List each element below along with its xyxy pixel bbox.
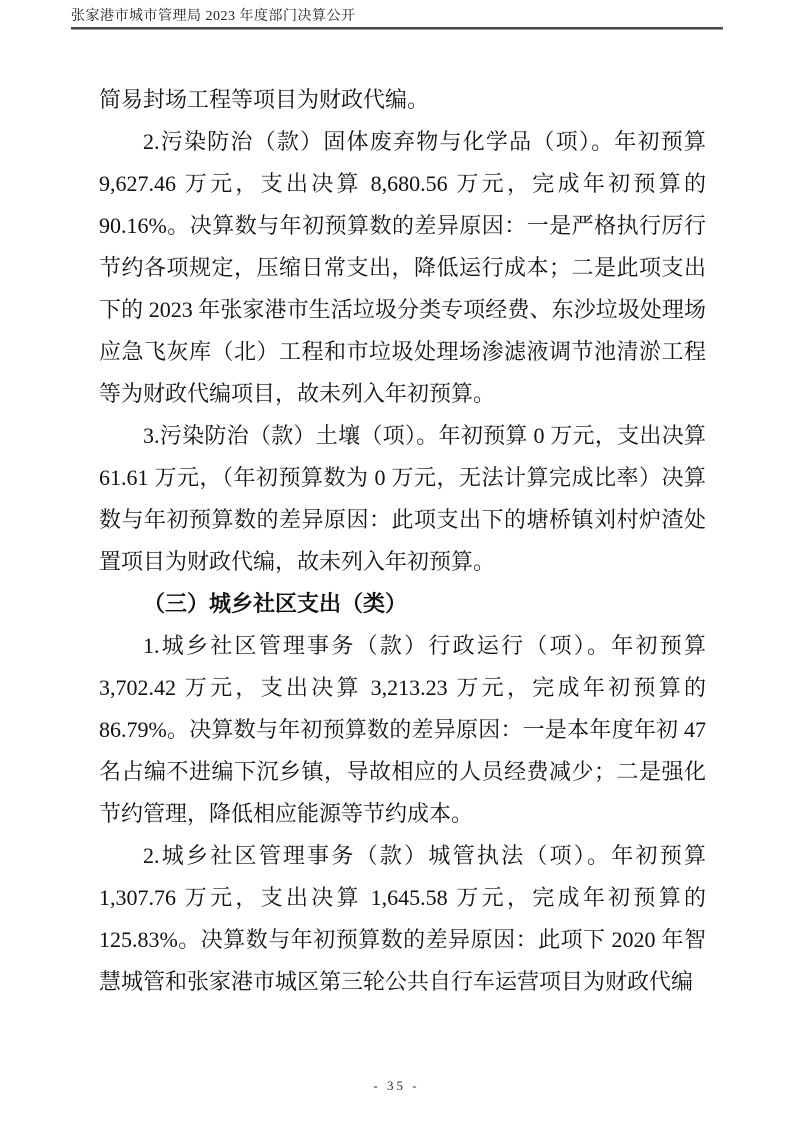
- paragraph-community-urban-enforcement: 2.城乡社区管理事务（款）城管执法（项）。年初预算 1,307.76 万元，支出…: [99, 835, 706, 1003]
- paragraph-pollution-control-soil: 3.污染防治（款）土壤（项）。年初预算 0 万元，支出决算 61.61 万元，（…: [99, 415, 706, 583]
- document-page: 张家港市城市管理局 2023 年度部门决算公开 简易封场工程等项目为财政代编。 …: [0, 0, 793, 1122]
- page-number: - 35 -: [373, 1078, 419, 1093]
- header-rule: [71, 27, 723, 30]
- paragraph-continuation-landfill-closure: 简易封场工程等项目为财政代编。: [99, 79, 706, 121]
- header-title: 张家港市城市管理局 2023 年度部门决算公开: [71, 9, 356, 24]
- document-body: 简易封场工程等项目为财政代编。 2.污染防治（款）固体废弃物与化学品（项）。年初…: [99, 79, 706, 1003]
- section-heading-urban-rural-community-expenditure: （三）城乡社区支出（类）: [99, 583, 706, 625]
- page-footer: - 35 -: [0, 1078, 793, 1094]
- paragraph-community-admin-operation: 1.城乡社区管理事务（款）行政运行（项）。年初预算 3,702.42 万元，支出…: [99, 625, 706, 835]
- paragraph-pollution-control-solid-waste: 2.污染防治（款）固体废弃物与化学品（项）。年初预算 9,627.46 万元，支…: [99, 121, 706, 415]
- page-header: 张家港市城市管理局 2023 年度部门决算公开: [71, 8, 723, 26]
